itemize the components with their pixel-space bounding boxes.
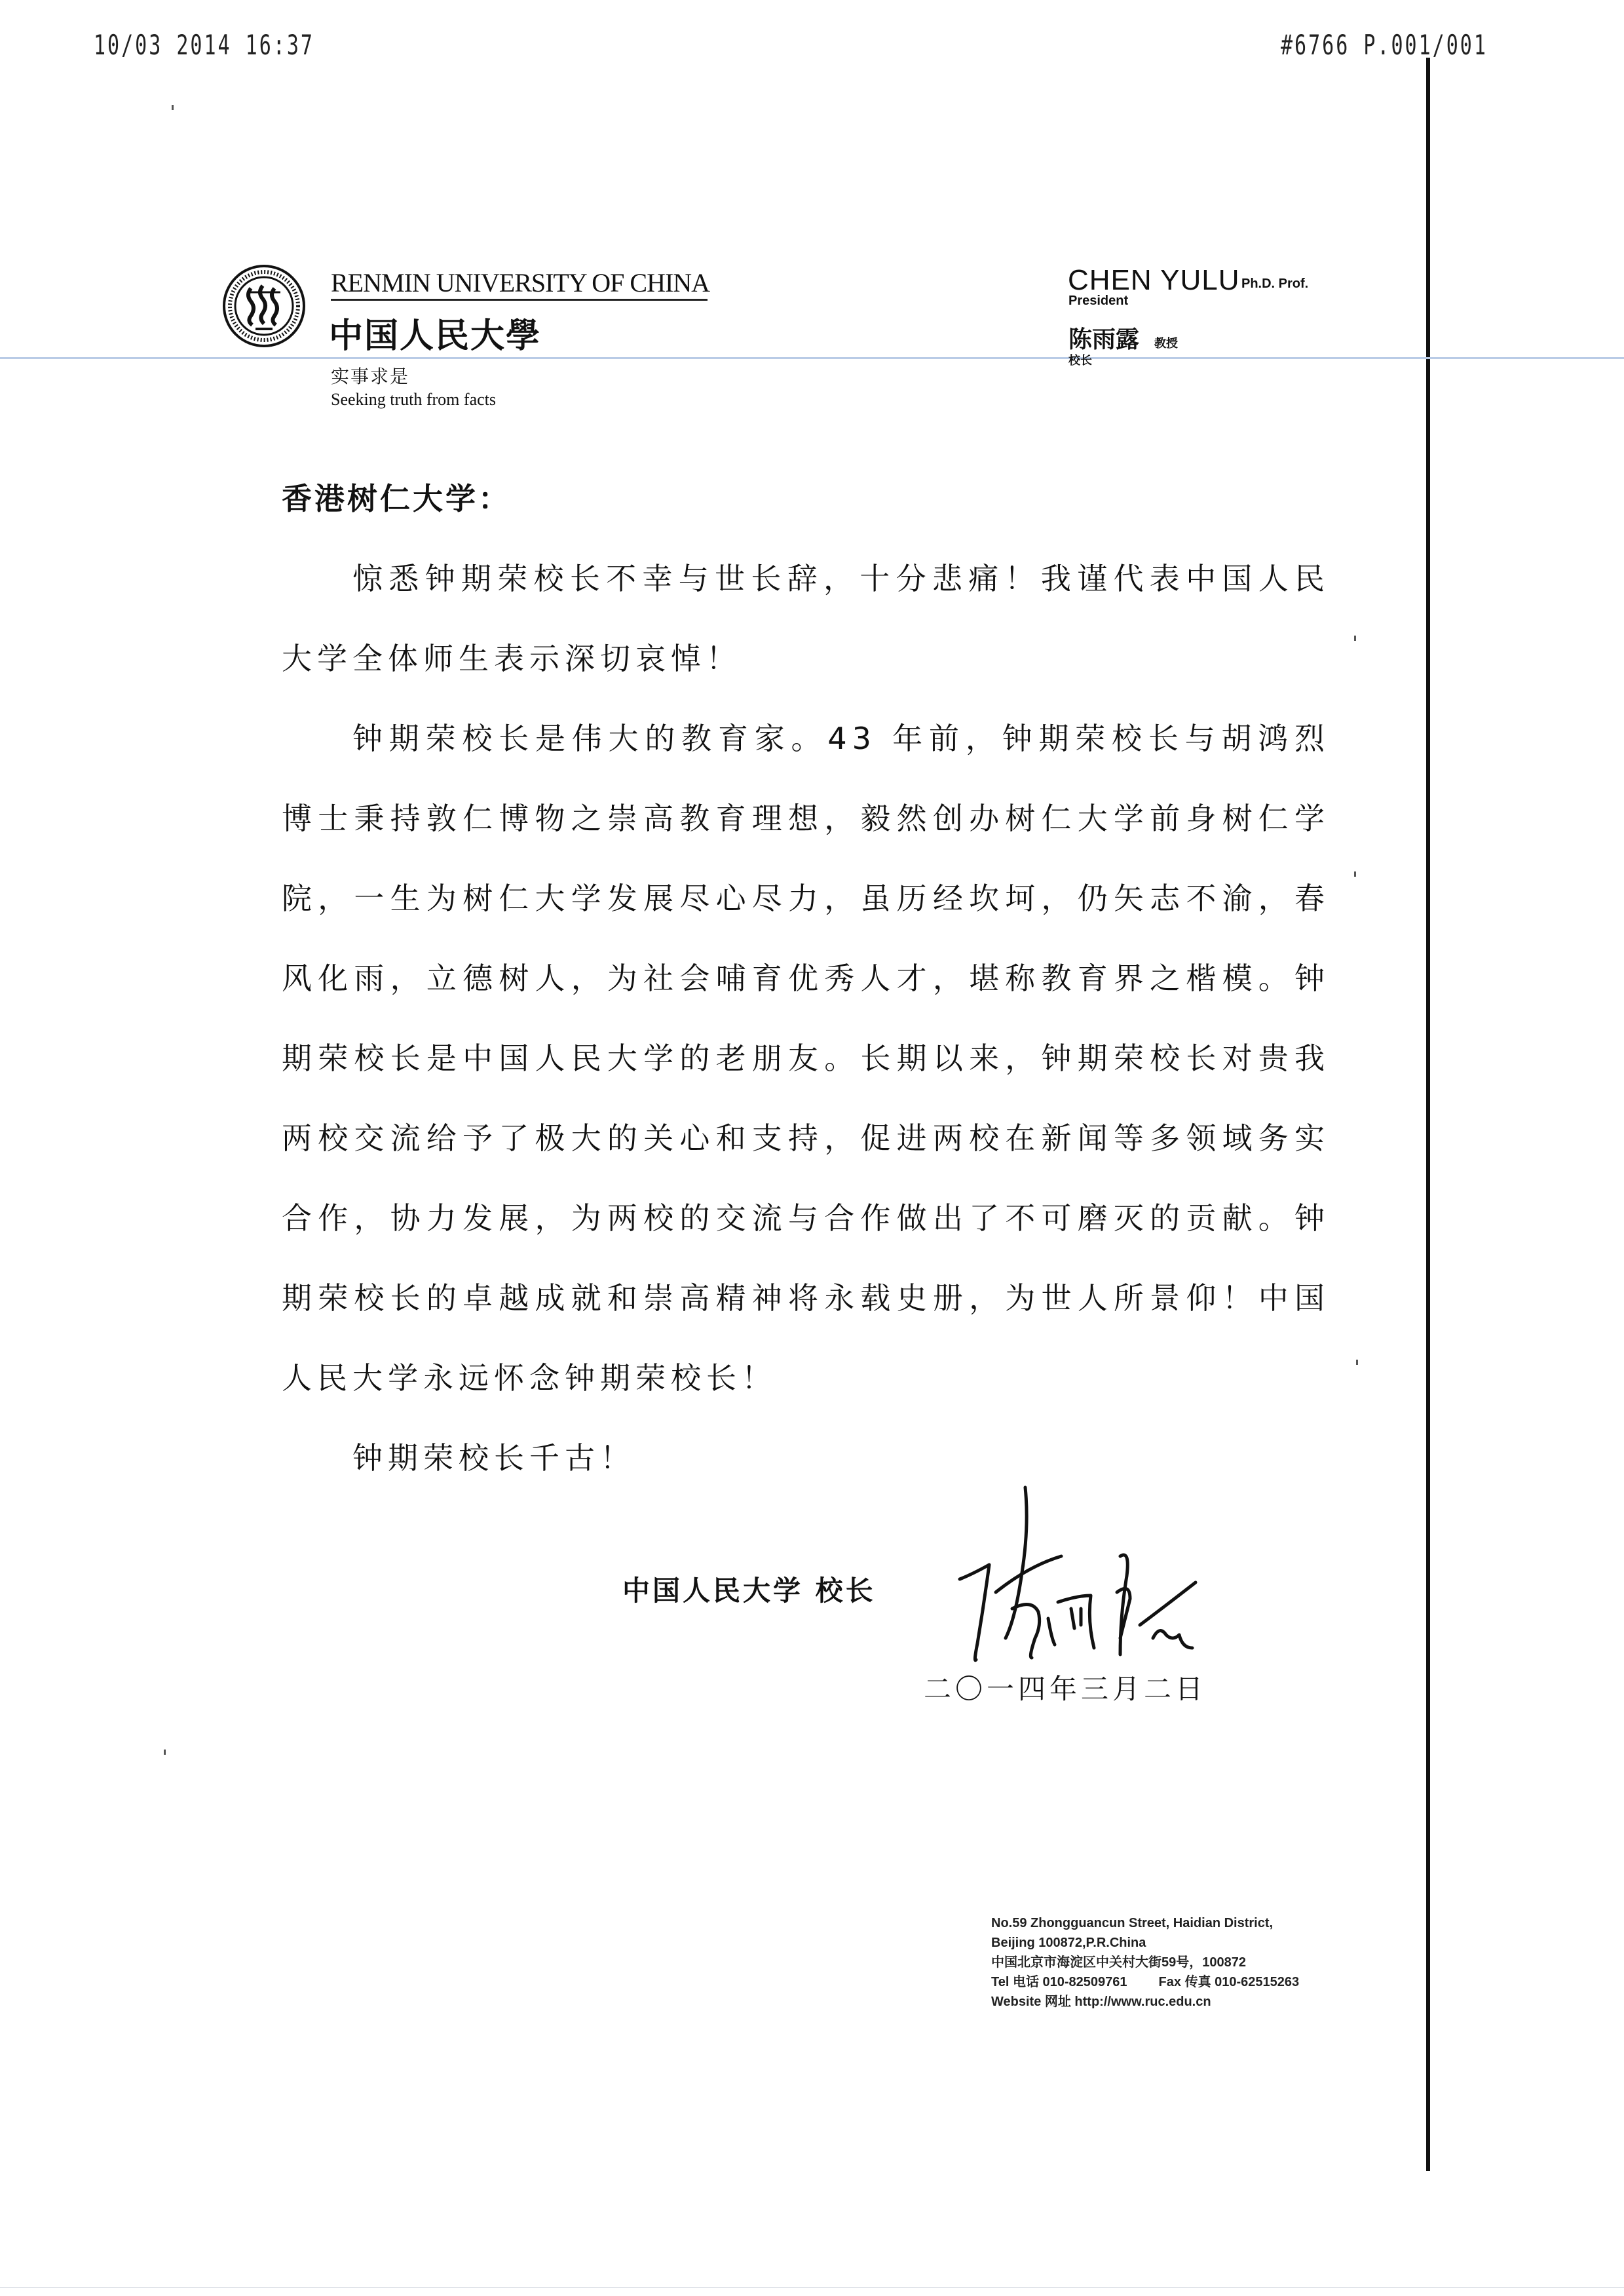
letter-body: 香港树仁大学： 惊悉钟期荣校长不幸与世长辞，十分悲痛！我谨代表中国人民大学全体师…: [282, 459, 1330, 1498]
letterhead-rule: [331, 299, 708, 301]
paragraph-tribute: 钟期荣校长是伟大的教育家。43 年前，钟期荣校长与胡鸿烈博士秉持敦仁博物之崇高教…: [282, 698, 1330, 1418]
scan-line-artifact: [0, 2287, 1624, 2288]
president-degree-en: Ph.D. Prof.: [1241, 277, 1308, 292]
president-name-en: CHEN YULU: [1068, 264, 1239, 297]
scan-speck: [1354, 636, 1356, 641]
website[interactable]: Website 网址 http://www.ruc.edu.cn: [991, 1992, 1299, 2012]
address-zh: 中国北京市海淀区中关村大街59号，100872: [991, 1953, 1299, 1972]
president-title-zh: 校长: [1068, 351, 1092, 368]
president-title-en: President: [1068, 294, 1128, 309]
letter-date: 二〇一四年三月二日: [924, 1668, 1207, 1707]
address-en-line1: No.59 Zhongguancun Street, Haidian Distr…: [991, 1913, 1299, 1933]
president-degree-zh: 教授: [1154, 334, 1178, 351]
salutation: 香港树仁大学：: [282, 459, 1330, 539]
footer-contact: No.59 Zhongguancun Street, Haidian Distr…: [991, 1913, 1299, 2012]
scan-speck: [172, 105, 174, 110]
signer-org-title: 中国人民大学 校长: [622, 1569, 876, 1609]
university-name-zh: 中国人民大學: [329, 308, 541, 357]
fax-number: Fax 传真 010-62515263: [1159, 1975, 1300, 1989]
telephone: Tel 电话 010-82509761: [991, 1975, 1127, 1989]
scan-speck: [1354, 871, 1356, 877]
handwritten-signature-icon: [943, 1478, 1271, 1700]
president-name-zh: 陈雨露: [1068, 321, 1139, 354]
fax-datetime: 10/03 2014 16:37: [94, 29, 314, 62]
university-seal-icon: [221, 263, 307, 349]
scan-line-artifact: [0, 357, 1624, 359]
fax-page-info: #6766 P.001/001: [1281, 29, 1488, 62]
university-name-en: RENMIN UNIVERSITY OF CHINA: [331, 267, 709, 298]
scan-speck: [1356, 1360, 1358, 1365]
paragraph-condolence: 惊悉钟期荣校长不幸与世长辞，十分悲痛！我谨代表中国人民大学全体师生表示深切哀悼！: [282, 539, 1330, 698]
address-en-line2: Beijing 100872,P.R.China: [991, 1933, 1299, 1953]
scan-vertical-rule: [1426, 58, 1430, 2171]
motto-zh: 实事求是: [331, 362, 409, 389]
phone-fax-row: Tel 电话 010-82509761Fax 传真 010-62515263: [991, 1972, 1299, 1992]
scan-speck: [164, 1750, 166, 1755]
motto-en: Seeking truth from facts: [331, 390, 496, 410]
